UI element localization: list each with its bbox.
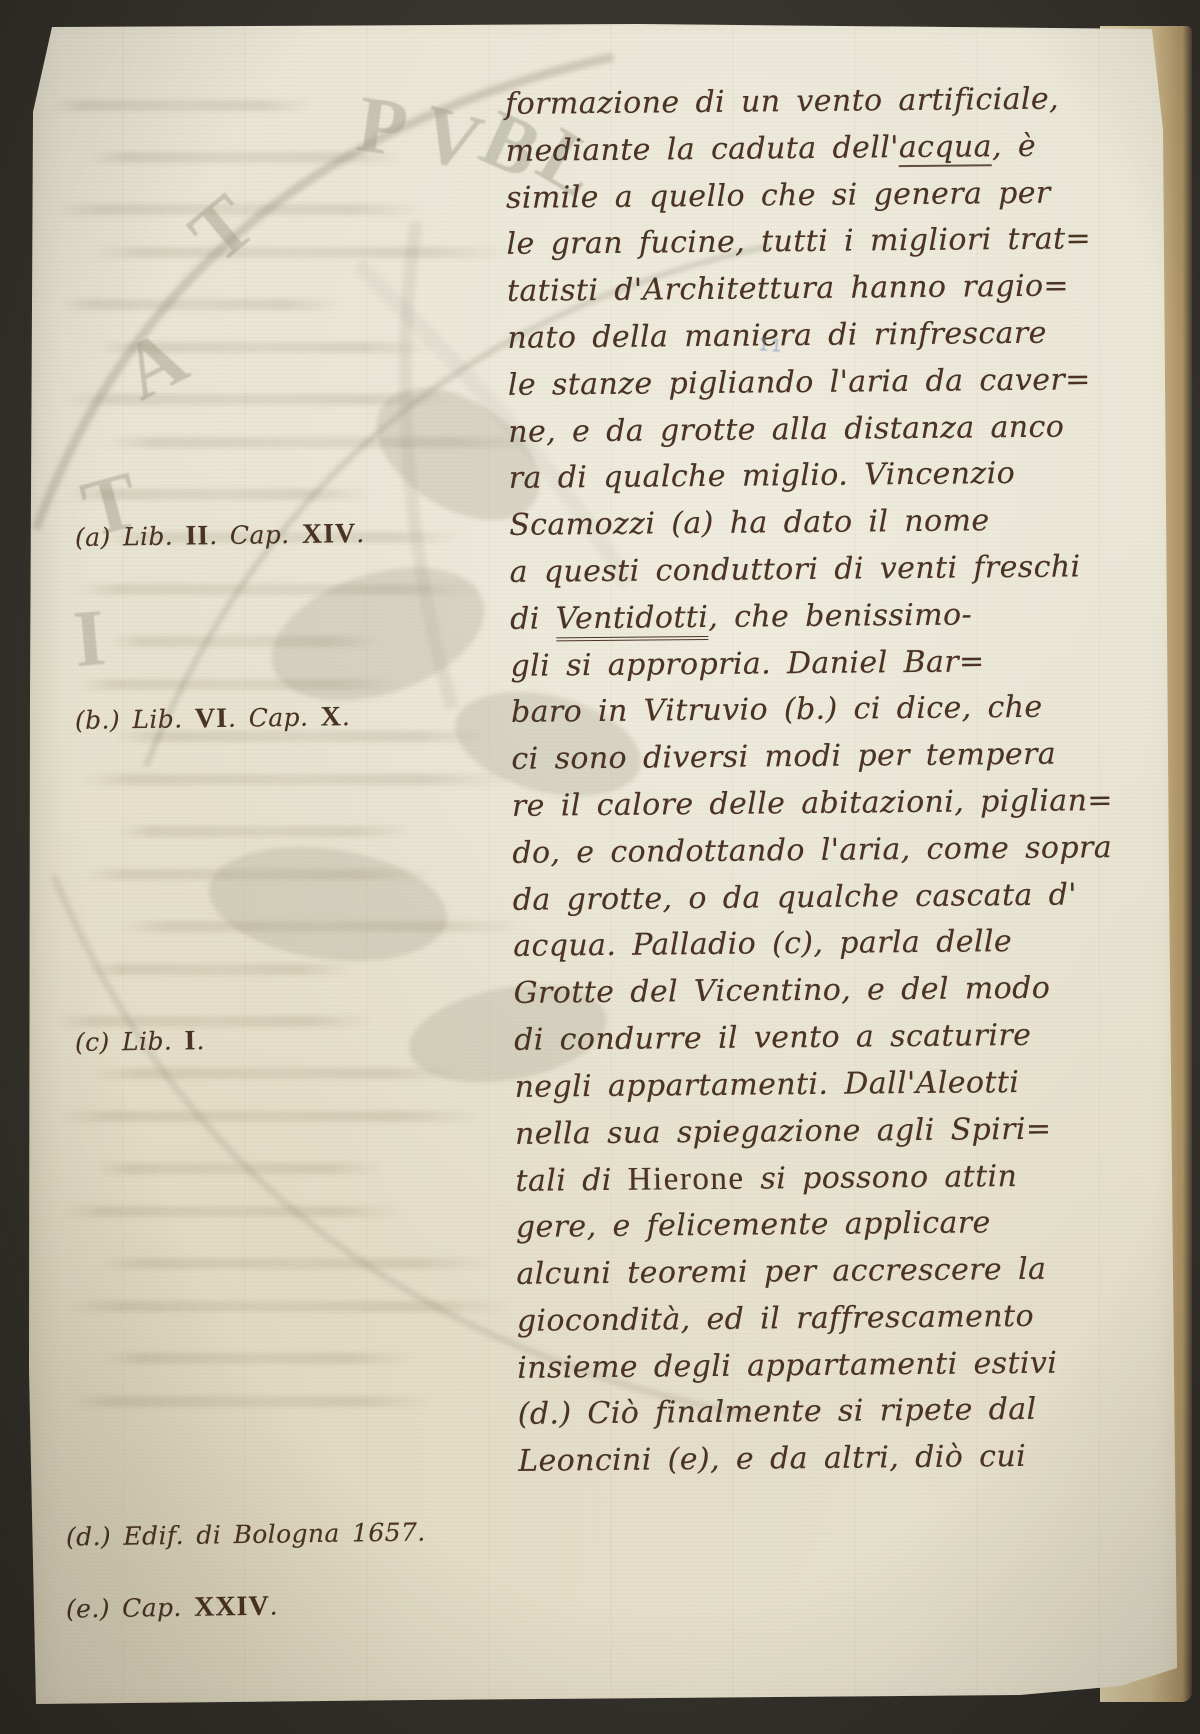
bleedthrough-line [83, 869, 433, 880]
text-segment: . [269, 1592, 278, 1621]
text-segment: . Cap. [209, 520, 302, 550]
text-segment: ci sono diversi modi per tempera [511, 737, 1056, 777]
underlined-word: Ventidotti [556, 600, 709, 641]
handwritten-line: nella sua spiegazione agli Spiri= [515, 1111, 1052, 1151]
handwritten-line: Leoncini (e), e da altri, diò cui [518, 1439, 1026, 1479]
text-segment: di [510, 601, 556, 636]
handwritten-line: baro in Vitruvio (b.) ci dice, che [511, 690, 1043, 730]
text-segment: simile a quello che si genera per [506, 175, 1051, 215]
text-segment: . [342, 702, 351, 731]
bleedthrough-line [51, 100, 313, 111]
bleedthrough-line [108, 636, 383, 647]
text-segment: le gran fucine, tutti i migliori trat= [506, 222, 1091, 263]
handwritten-line: giocondità, ed il raffrescamento [517, 1299, 1034, 1339]
text-segment: . [356, 519, 365, 548]
bleedthrough-line [58, 1111, 483, 1122]
text-segment: insieme degli appartamenti estivi [517, 1345, 1057, 1385]
text-segment: . [196, 1026, 205, 1055]
handwritten-text-block: formazione di un vento artificiale,media… [505, 81, 1105, 87]
handwritten-line: gere, e felicemente applicare [516, 1205, 991, 1245]
text-segment: acqua [899, 129, 992, 167]
text-segment: nella sua spiegazione agli Spiri= [515, 1111, 1052, 1151]
bleedthrough-line [59, 299, 343, 310]
text-segment: do, e condottando l'aria, come sopra [512, 830, 1112, 871]
text-segment: le stanze pigliando l'aria da caver= [508, 362, 1091, 403]
text-segment: (a) Lib. [75, 521, 186, 552]
text-segment: , che benissimo- [708, 597, 972, 635]
text-segment: . Cap. [228, 702, 321, 732]
handwritten-line: re il calore delle abitazioni, piglian= [512, 783, 1113, 824]
handwritten-line: le gran fucine, tutti i migliori trat= [506, 222, 1091, 263]
text-segment: formazione di un vento artificiale, [505, 82, 1059, 122]
stamp-letter: T [173, 177, 272, 281]
text-segment: (d.) Ciò finalmente si ripete dal [518, 1392, 1037, 1432]
bleedthrough-line [66, 1301, 513, 1312]
text-segment: re il calore delle abitazioni, piglian= [512, 783, 1113, 824]
bleedthrough-line [62, 1206, 403, 1217]
bleedthrough-line [91, 1068, 463, 1079]
manuscript-scan: { "document": { "kind": "handwritten man… [0, 0, 1200, 1734]
handwritten-line: acqua. Palladio (c), parla delle [513, 924, 1012, 964]
handwritten-line: gli si appropria. Daniel Bar= [510, 644, 984, 684]
handwritten-line: ne, e da grotte alla distanza anco [508, 409, 1064, 449]
margin-note: (b.) Lib. VI. Cap. X. [75, 701, 351, 737]
text-segment: (e.) Cap. [66, 1593, 195, 1624]
text-segment: ne, e da grotte alla distanza anco [508, 409, 1064, 449]
text-segment: alcuni teoremi per accrescere la [516, 1252, 1046, 1292]
handwritten-line: Grotte del Vicentino, e del modo [514, 971, 1051, 1011]
roman-script-word: II [185, 520, 209, 551]
handwritten-line: (d.) Ciò finalmente si ripete dal [518, 1392, 1037, 1432]
margin-note: (e.) Cap. XXIV. [66, 1591, 278, 1626]
bleedthrough-line [63, 394, 453, 405]
text-segment: (b.) Lib. [75, 704, 195, 735]
roman-script-word: Hierone [628, 1161, 745, 1198]
pencil-shelfmark: 11 [757, 335, 784, 357]
bleedthrough-line [79, 774, 513, 785]
bleedthrough-line [54, 1016, 373, 1027]
margin-note: (a) Lib. II. Cap. XIV. [75, 518, 365, 554]
roman-script-word: X [320, 701, 342, 732]
handwritten-line: simile a quello che si genera per [506, 175, 1051, 215]
handwritten-line: le stanze pigliando l'aria da caver= [508, 362, 1091, 403]
bleedthrough-line [92, 247, 513, 258]
roman-script-word: VI [195, 703, 229, 734]
text-segment: mediante la caduta dell' [505, 130, 899, 169]
text-segment: gere, e felicemente applicare [516, 1205, 991, 1245]
handwritten-line: formazione di un vento artificiale, [505, 82, 1059, 122]
handwritten-line: Scamozzi (a) ha dato il nome [509, 503, 990, 543]
handwritten-line: insieme degli appartamenti estivi [517, 1345, 1057, 1385]
text-segment: baro in Vitruvio (b.) ci dice, che [511, 690, 1043, 730]
stamp-letter: V [411, 88, 492, 191]
text-segment: ra di qualche miglio. Vincenzio [509, 456, 1016, 496]
bleedthrough-line [96, 342, 433, 353]
bleedthrough-line [71, 584, 483, 595]
handwritten-line: tali di Hierone si possono attin [515, 1158, 1017, 1200]
bleedthrough-line [55, 204, 423, 215]
handwritten-line: di Ventidotti, che benissimo- [510, 597, 972, 636]
stamp-letter: I [70, 593, 109, 686]
handwritten-line: do, e condottando l'aria, come sopra [512, 830, 1112, 871]
text-segment: (c) Lib. [75, 1026, 185, 1057]
text-segment: Leoncini (e), e da altri, diò cui [518, 1439, 1026, 1479]
handwritten-line: da grotte, o da qualche cascata d' [513, 877, 1077, 917]
margin-note: (d.) Edif. di Bologna 1657. [66, 1517, 426, 1551]
text-segment: tatisti d'Architettura hanno ragio= [507, 269, 1069, 309]
bleedthrough-line [100, 437, 543, 448]
handwritten-line: ci sono diversi modi per tempera [511, 737, 1056, 777]
handwritten-line: di condurre il vento a scaturire [514, 1018, 1031, 1058]
bleedthrough-line [120, 921, 523, 932]
text-segment: tali di [515, 1163, 628, 1199]
text-segment: Grotte del Vicentino, e del modo [514, 971, 1051, 1011]
text-segment: di condurre il vento a scaturire [514, 1018, 1031, 1058]
text-segment: acqua. Palladio (c), parla delle [513, 924, 1012, 964]
text-segment: da grotte, o da qualche cascata d' [513, 877, 1077, 917]
handwritten-line: ra di qualche miglio. Vincenzio [509, 456, 1016, 496]
text-segment: giocondità, ed il raffrescamento [517, 1299, 1034, 1339]
bleedthrough-line [67, 489, 373, 500]
handwritten-line: alcuni teoremi per accrescere la [516, 1252, 1046, 1292]
roman-script-word: I [184, 1025, 196, 1056]
roman-script-word: XIV [302, 518, 357, 550]
text-segment: a questi conduttori di venti freschi [510, 549, 1081, 589]
text-segment: negli appartamenti. Dall'Aleotti [514, 1065, 1019, 1105]
roman-script-word: XXIV [194, 1591, 270, 1623]
handwritten-line: tatisti d'Architettura hanno ragio= [507, 269, 1069, 309]
bleedthrough-line [116, 826, 413, 837]
bleedthrough-line [103, 1353, 413, 1364]
manuscript-paper: TATIPVBL (a) Lib. II. Cap. XIV.(b.) Lib.… [0, 0, 1200, 1734]
text-segment: , è [992, 129, 1036, 164]
bleedthrough-line [75, 679, 403, 690]
bleedthrough-line [99, 1258, 493, 1269]
margin-note: (c) Lib. I. [75, 1025, 205, 1059]
text-segment: si possono attin [744, 1159, 1017, 1197]
text-segment: (d.) Edif. di Bologna 1657. [66, 1517, 426, 1551]
bleedthrough-line [87, 964, 353, 975]
text-segment: Scamozzi (a) ha dato il nome [509, 503, 990, 543]
bleedthrough-line [88, 152, 403, 163]
text-segment: gli si appropria. Daniel Bar= [510, 644, 984, 684]
handwritten-line: mediante la caduta dell'acqua, è [505, 129, 1036, 169]
bleedthrough-line [95, 1163, 383, 1174]
handwritten-line: a questi conduttori di venti freschi [510, 549, 1081, 589]
bleedthrough-line [70, 1396, 433, 1407]
handwritten-line: negli appartamenti. Dall'Aleotti [514, 1065, 1019, 1105]
